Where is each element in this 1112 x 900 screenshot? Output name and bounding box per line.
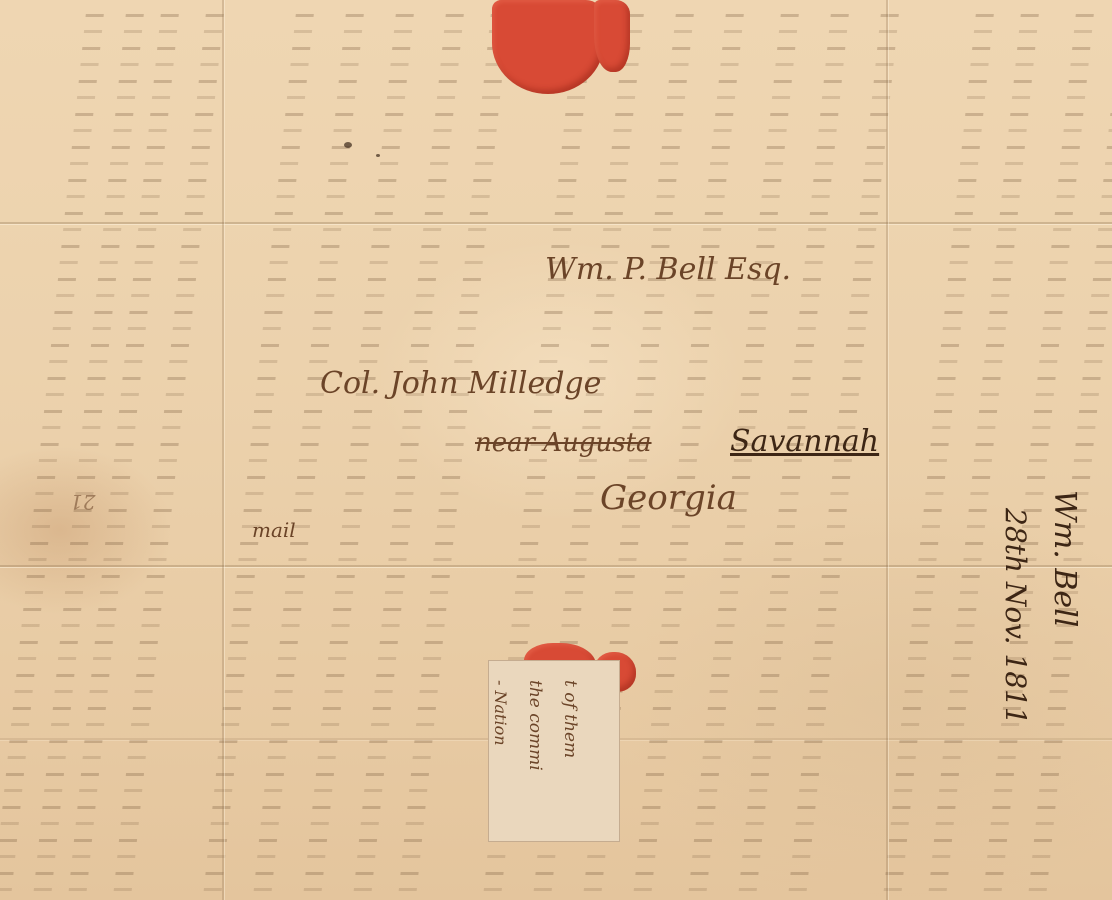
- address-struck-place: near Augusta: [475, 428, 652, 458]
- patch-text-line: t of them: [560, 680, 580, 758]
- faint-number: 21: [70, 490, 95, 514]
- docket-date: 28th Nov. 1811: [999, 508, 1032, 725]
- wax-seal-top: [492, 0, 604, 94]
- address-place: Savannah: [730, 424, 879, 459]
- ink-speck: [376, 154, 380, 157]
- letter-sheet: - Nation the commi t of them Wm. P. Bell…: [0, 0, 1112, 900]
- ink-speck: [344, 142, 352, 148]
- bleed-through-script: [203, 0, 316, 900]
- patch-text-line: - Nation: [491, 680, 510, 746]
- sender-line: Wm. P. Bell Esq.: [545, 252, 791, 287]
- patch-text-line: the commi: [525, 680, 545, 771]
- docket-name: Wm. Bell: [1047, 490, 1082, 627]
- bleed-through-script: [303, 0, 416, 900]
- wax-seal-top-fragment: [594, 0, 630, 72]
- fold-line: [0, 222, 1112, 224]
- address-recipient: Col. John Milledge: [320, 366, 601, 401]
- mail-marking: mail: [252, 518, 296, 542]
- fold-line: [0, 565, 1112, 567]
- address-state: Georgia: [600, 478, 737, 518]
- fold-line: [886, 0, 888, 900]
- fold-line: [222, 0, 224, 900]
- bleed-through-script: [253, 0, 366, 900]
